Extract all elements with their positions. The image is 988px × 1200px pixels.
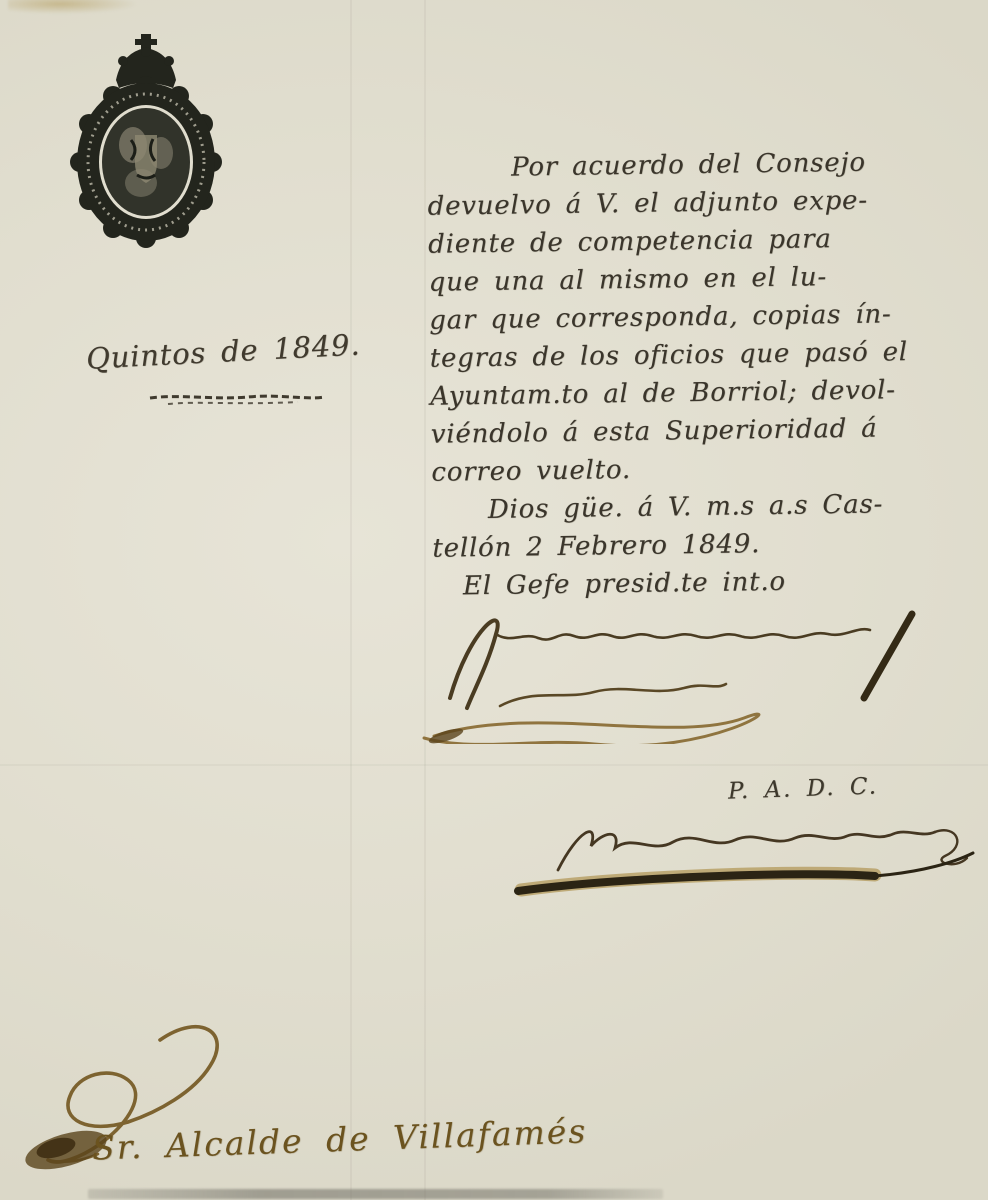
scanned-letter-page: Quintos de 1849. Por acuerdo del Consejo… <box>0 0 988 1200</box>
crowned-heraldic-seal-icon <box>60 34 232 250</box>
scan-edge-shadow <box>88 1189 663 1199</box>
paper-stain <box>8 0 138 14</box>
official-seal <box>60 34 232 250</box>
docket-note: Quintos de 1849. <box>85 326 386 376</box>
body-line: Ayuntam.to al de Borriol; devol- <box>430 370 970 416</box>
docket-underline-flourish <box>148 392 328 408</box>
paper-crease <box>0 764 988 766</box>
secondary-signature-flourish <box>503 798 981 906</box>
primary-signature-flourish <box>412 586 957 744</box>
letter-body: Por acuerdo del Consejo devuelvo á V. el… <box>427 142 973 605</box>
